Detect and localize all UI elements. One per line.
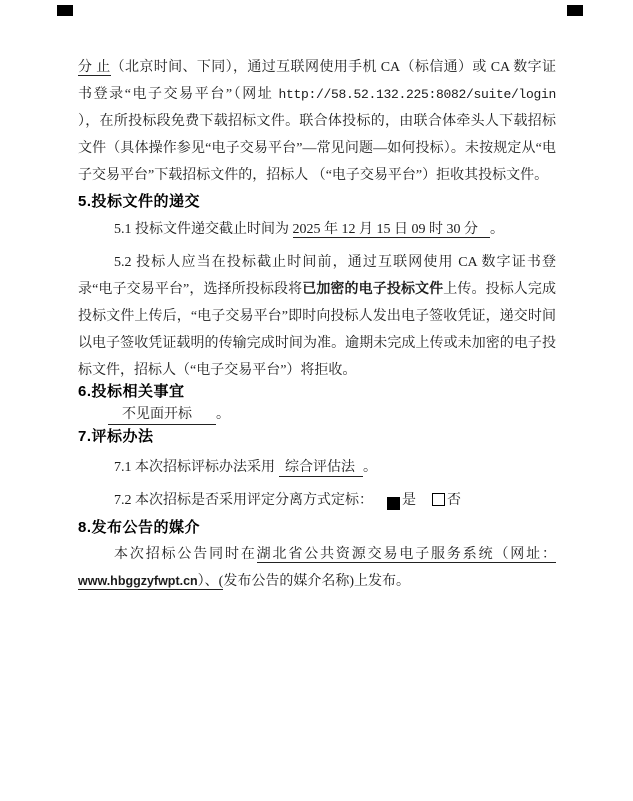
checkbox-no-unchecked — [432, 493, 445, 506]
evaluation-method-value: 综合评估法 — [279, 460, 363, 477]
clause-5-1: 5.1 投标文件递交截止时间为 2025 年 12 月 15 日 09 时 30… — [78, 216, 556, 243]
checkbox-yes-label: 是 — [402, 493, 416, 508]
document-content: 分 止（北京时间、下同），通过互联网使用手机 CA（标信通）或 CA 数字证书登… — [0, 0, 633, 595]
trade-platform-url: http://58.52.132.225:8082/suite/login — [278, 87, 556, 102]
announcement-prefix: 本次招标公告同时在 — [114, 547, 257, 562]
bid-opening-method: 不见面开标。 — [108, 405, 556, 425]
clause-7-2-prefix: 7.2 本次招标是否采用评定分离方式定标： — [114, 493, 373, 508]
clause-5-2: 5.2 投标人应当在投标截止时间前，通过互联网使用 CA 数字证书登录“电子交易… — [78, 249, 556, 384]
clause-7-1-prefix: 7.1 本次招标评标办法采用 — [114, 460, 275, 475]
checkbox-yes-checked: ✓ — [387, 497, 400, 510]
section5-heading: 5.投标文件的递交 — [78, 192, 556, 211]
paragraph-intro: 分 止（北京时间、下同），通过互联网使用手机 CA（标信通）或 CA 数字证书登… — [78, 54, 556, 189]
clause-5-1-prefix: 5.1 投标文件递交截止时间为 — [114, 222, 293, 237]
service-system-name: 湖北省公共资源交易电子服务系统（网址： — [257, 547, 556, 562]
clause-7-1: 7.1 本次招标评标办法采用综合评估法。 — [78, 454, 556, 481]
checkbox-no-label: 否 — [447, 493, 461, 508]
bid-submission-deadline: 2025 年 12 月 15 日 09 时 30 分 — [293, 222, 491, 238]
intro-text-b: ），在所投标段免费下载招标文件。联合体投标的，由联合体牵头人下载招标文件（具体操… — [78, 114, 556, 183]
document-page: 分 止（北京时间、下同），通过互联网使用手机 CA（标信通）或 CA 数字证书登… — [0, 0, 633, 801]
clause-7-2: 7.2 本次招标是否采用评定分离方式定标：✓是否 — [78, 487, 556, 514]
clause-5-1-suffix: 。 — [490, 222, 504, 237]
announcement-suffix: 发布公告的媒介名称)上发布。 — [223, 574, 410, 589]
clause-7-1-suffix: 。 — [363, 460, 377, 475]
section8-heading: 8.发布公告的媒介 — [78, 518, 556, 537]
bid-opening-method-value: 不见面开标 — [108, 407, 216, 425]
bid-opening-method-suffix: 。 — [216, 407, 230, 422]
intro-underlined-lead: 分 止 — [78, 60, 111, 76]
announcement-media-paragraph: 本次招标公告同时在湖北省公共资源交易电子服务系统（网址： www.hbggzyf… — [78, 541, 556, 595]
section7-heading: 7.评标办法 — [78, 427, 556, 446]
announcement-media-tail: ）、( — [198, 574, 224, 589]
section6-heading: 6.投标相关事宜 — [78, 382, 556, 401]
service-system-url: www.hbggzyfwpt.cn — [78, 574, 198, 588]
encrypted-bid-file-bold: 已加密的电子投标文件 — [302, 282, 443, 297]
